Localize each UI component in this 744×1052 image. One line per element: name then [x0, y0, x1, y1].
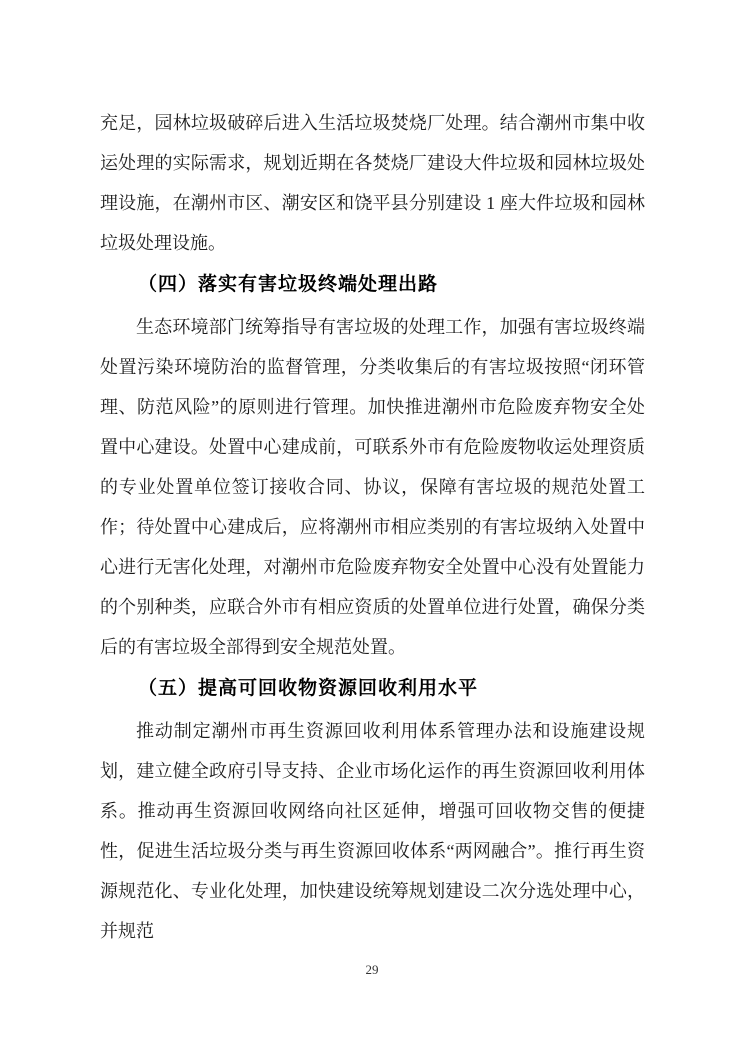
- body-paragraph-recyclables: 推动制定潮州市再生资源回收利用体系管理办法和设施建设规划，建立健全政府引导支持、…: [100, 711, 645, 951]
- document-page: 充足，园林垃圾破碎后进入生活垃圾焚烧厂处理。结合潮州市集中收运处理的实际需求，规…: [0, 0, 744, 1052]
- document-content: 充足，园林垃圾破碎后进入生活垃圾焚烧厂处理。结合潮州市集中收运处理的实际需求，规…: [100, 103, 645, 951]
- page-number: 29: [0, 962, 744, 978]
- body-paragraph-hazardous-waste: 生态环境部门统筹指导有害垃圾的处理工作，加强有害垃圾终端处置污染环境防治的监督管…: [100, 307, 645, 667]
- section-heading-4: （四）落实有害垃圾终端处理出路: [100, 265, 645, 305]
- section-heading-5: （五）提高可回收物资源回收利用水平: [100, 669, 645, 709]
- body-paragraph-continuation: 充足，园林垃圾破碎后进入生活垃圾焚烧厂处理。结合潮州市集中收运处理的实际需求，规…: [100, 103, 645, 263]
